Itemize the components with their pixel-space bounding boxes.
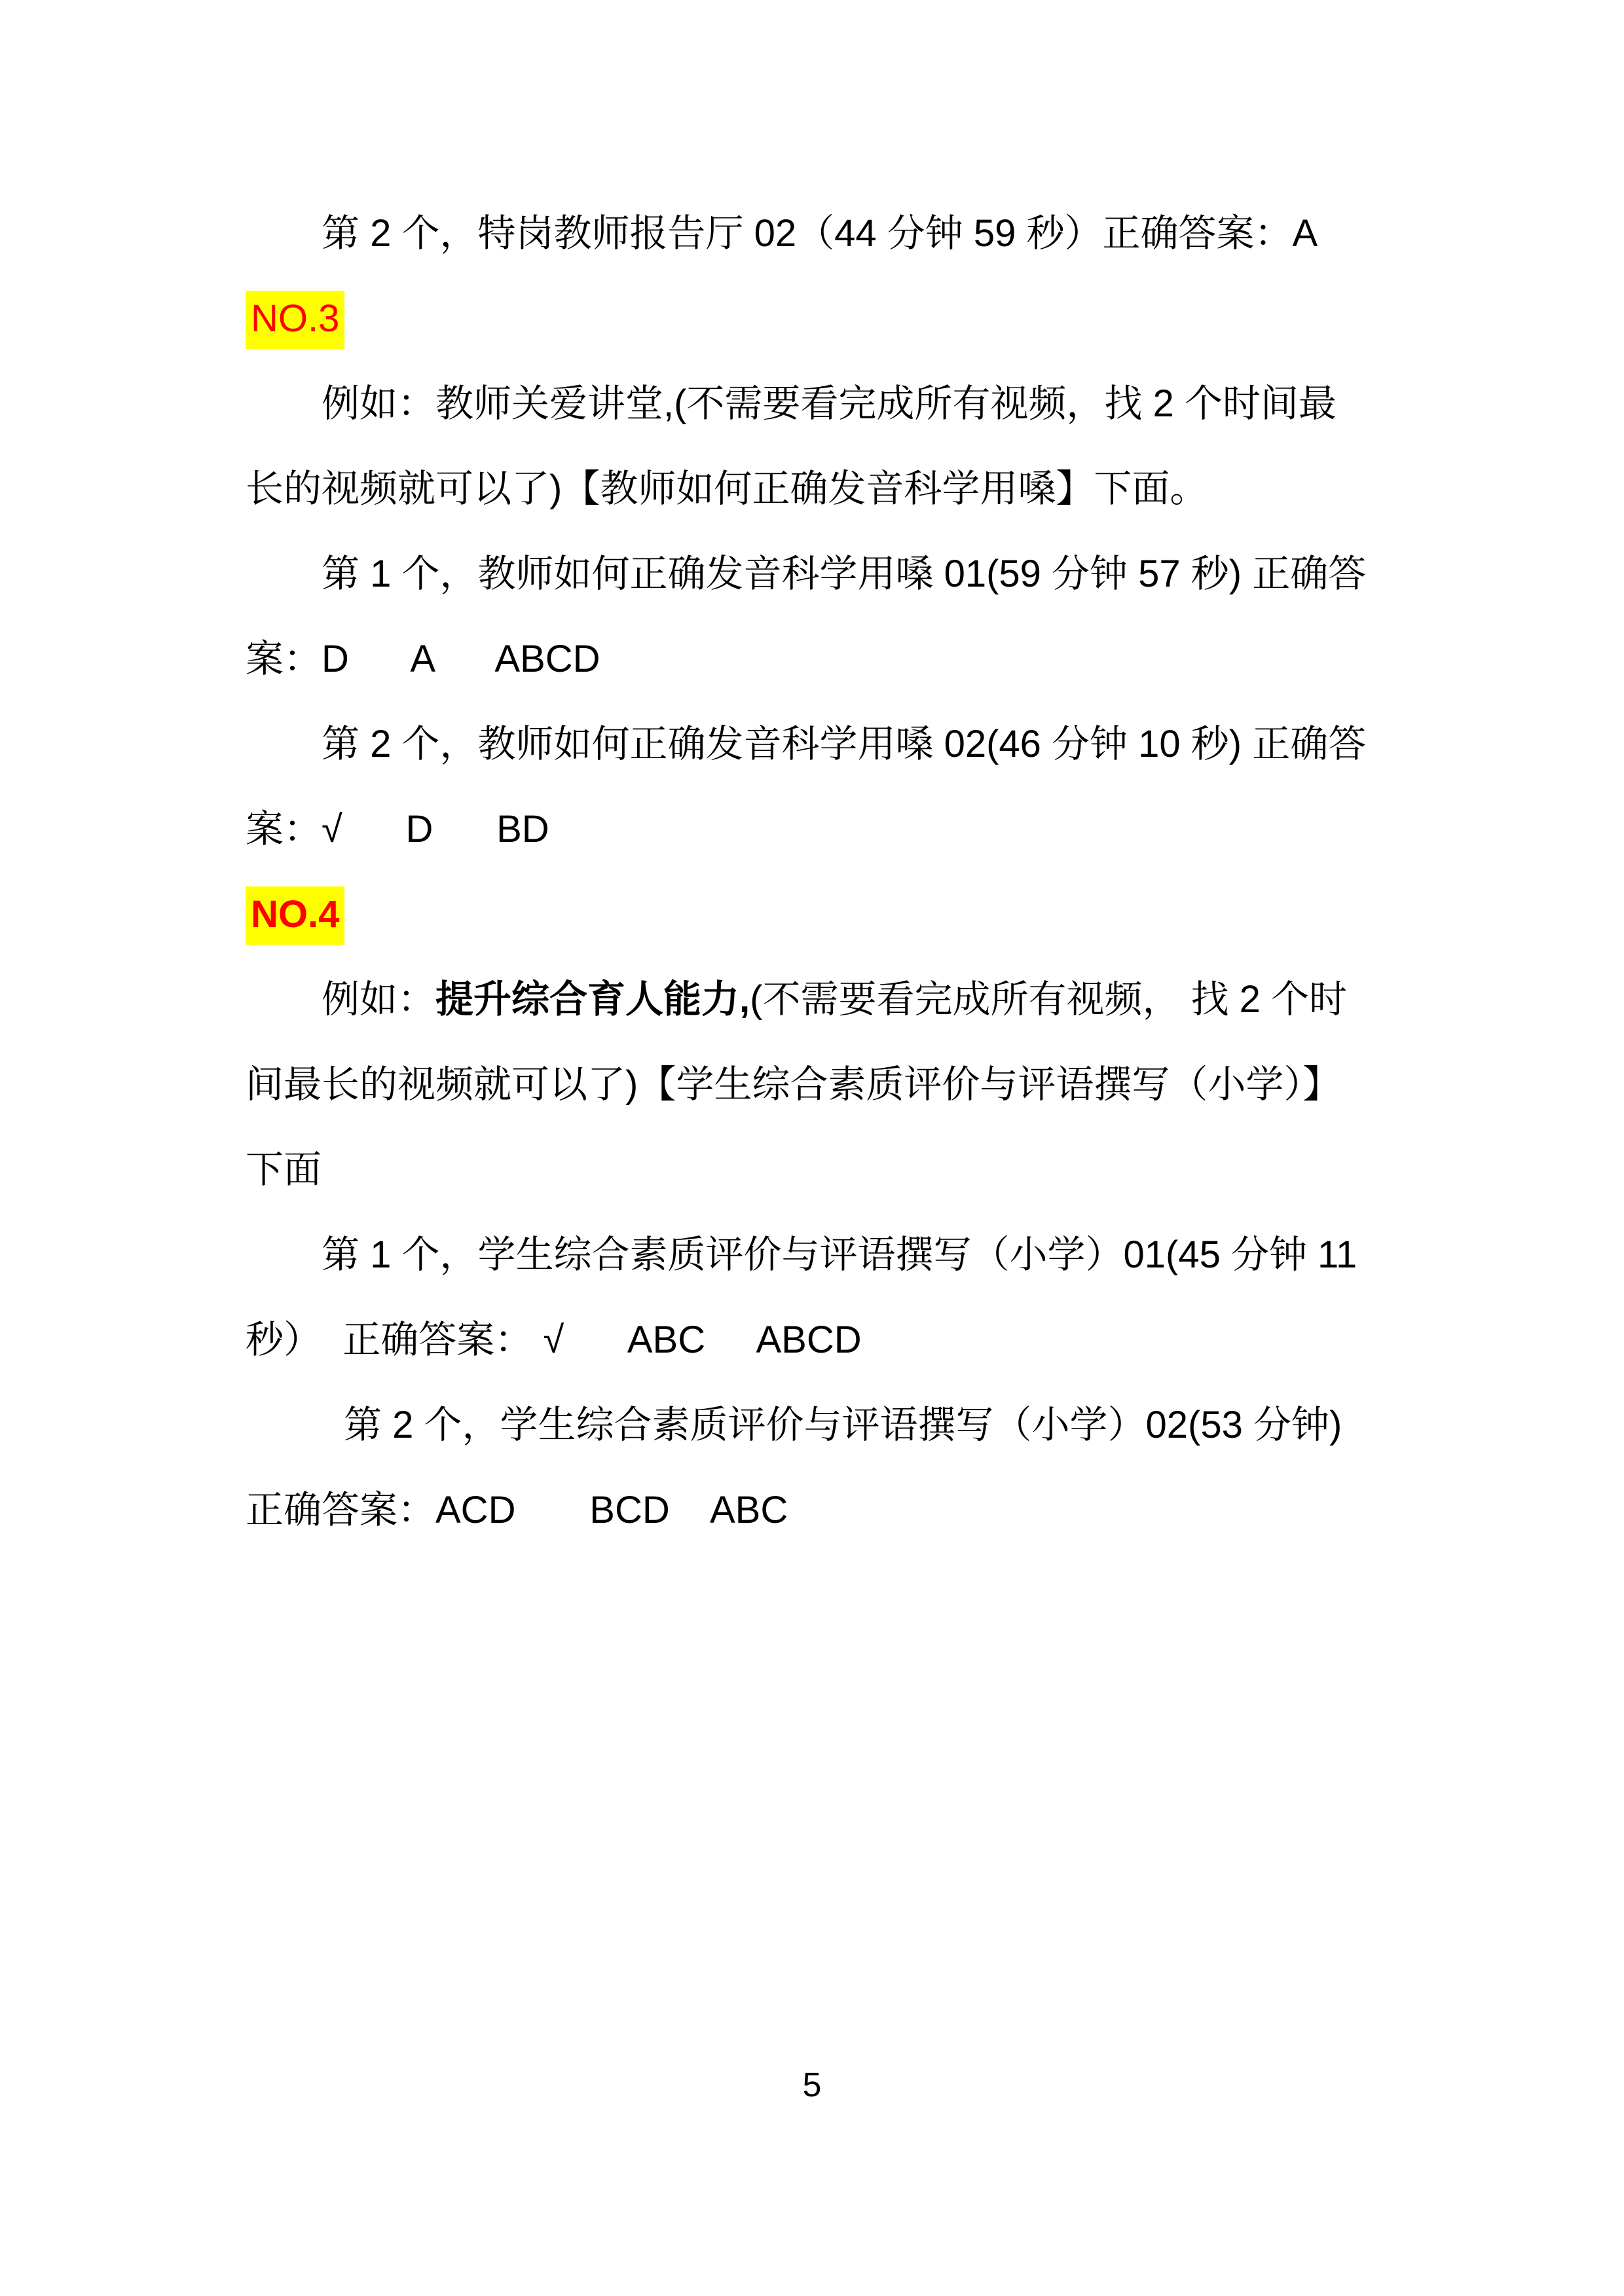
text-line-answer1-no4: 秒） 正确答案： √ ABC ABCD bbox=[246, 1298, 1398, 1383]
text-line-answer2-no4: 正确答案：ACD BCD ABC bbox=[246, 1468, 1398, 1553]
text-line-video2-no4: 第 2 个，学生综合素质评价与评语撰写（小学）02(53 分钟) bbox=[246, 1383, 1398, 1468]
example-note: (不需要看完成所有视频， 找 2 个时 bbox=[750, 978, 1347, 1021]
text-line-answer1-no3: 案：D A ABCD bbox=[246, 617, 1398, 702]
heading-no4-line: NO.4 bbox=[246, 872, 1398, 957]
text-line-example-no4-3: 下面 bbox=[246, 1127, 1398, 1212]
document-body: 第 2 个，特岗教师报告厅 02（44 分钟 59 秒）正确答案：A NO.3 … bbox=[246, 191, 1398, 1553]
text-line-video1-no3: 第 1 个，教师如何正确发音科学用嗓 01(59 分钟 57 秒) 正确答 bbox=[246, 532, 1398, 617]
heading-no3-line: NO.3 bbox=[246, 276, 1398, 361]
text-line-example-no4-1: 例如：提升综合育人能力,(不需要看完成所有视频， 找 2 个时 bbox=[246, 957, 1398, 1042]
heading-no3-highlight: NO.3 bbox=[246, 291, 344, 349]
example-prefix: 例如： bbox=[322, 978, 435, 1021]
text-line-answer-tegang-02: 第 2 个，特岗教师报告厅 02（44 分钟 59 秒）正确答案：A bbox=[246, 191, 1398, 276]
document-page: 第 2 个，特岗教师报告厅 02（44 分钟 59 秒）正确答案：A NO.3 … bbox=[0, 0, 1624, 2296]
text-line-video2-no3: 第 2 个，教师如何正确发音科学用嗓 02(46 分钟 10 秒) 正确答 bbox=[246, 702, 1398, 787]
text-line-example-no3-1: 例如：教师关爱讲堂,(不需要看完成所有视频，找 2 个时间最 bbox=[246, 361, 1398, 446]
page-number: 5 bbox=[0, 2066, 1624, 2105]
text-line-example-no4-2: 间最长的视频就可以了)【学生综合素质评价与评语撰写（小学）】 bbox=[246, 1042, 1398, 1127]
heading-no4-highlight: NO.4 bbox=[246, 886, 344, 945]
text-line-answer2-no3: 案：√ D BD bbox=[246, 787, 1398, 872]
text-line-example-no3-2: 长的视频就可以了)【教师如何正确发音科学用嗓】下面。 bbox=[246, 446, 1398, 532]
text-line-video1-no4: 第 1 个，学生综合素质评价与评语撰写（小学）01(45 分钟 11 bbox=[246, 1212, 1398, 1298]
example-course-title-bold: 提升综合育人能力, bbox=[435, 978, 750, 1021]
